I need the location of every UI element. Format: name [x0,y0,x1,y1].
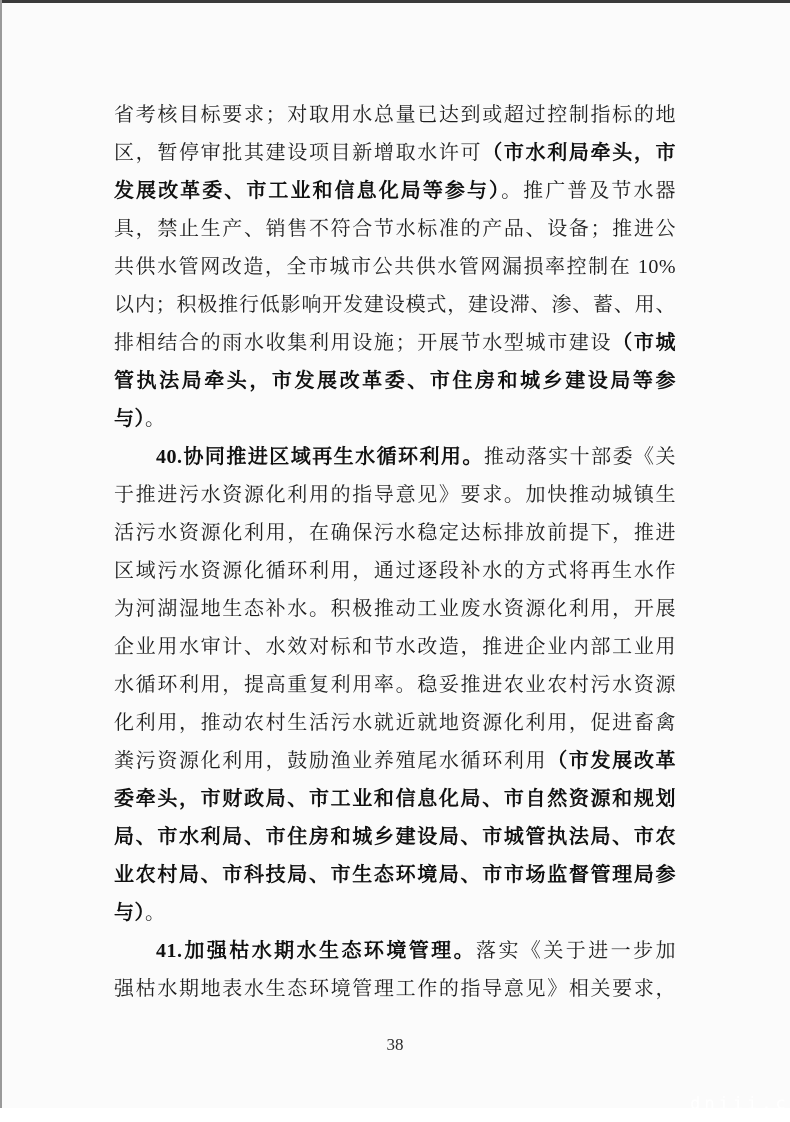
text-line: 化利用，推动农村生活污水就近就地资源化利用，促进畜禽 [114,704,676,742]
bold-text-run: （市发展改革 [547,750,676,772]
text-line: 排相结合的雨水收集利用设施；开展节水型城市建设（市城 [114,324,676,362]
text-line: 局、市水利局、市住房和城乡建设局、市城管执法局、市农 [114,818,676,856]
text-line: 区域污水资源化循环利用，通过逐段补水的方式将再生水作 [114,552,676,590]
bold-text-run: 委牵头，市财政局、市工业和信息化局、市自然资源和规划 [114,788,676,810]
text-run: 省考核目标要求；对取用水总量已达到或超过控制指标的地 [114,104,676,126]
text-run: 。推广普及节水器 [501,180,676,202]
text-line: 区，暂停审批其建设项目新增取水许可（市水利局牵头，市 [114,134,676,172]
text-line: 企业用水审计、水效对标和节水改造，推进企业内部工业用 [114,628,676,666]
text-line: 40.协同推进区域再生水循环利用。推动落实十部委《关 [114,438,676,476]
text-run: 推动落实十部委《关 [484,446,676,468]
text-run: 以内；积极推行低影响开发建设模式，建设滞、渗、蓄、用、 [114,294,676,316]
text-line: 与）。 [114,400,676,438]
watermark-text: dniii.co [690,1094,790,1114]
text-line: 活污水资源化利用，在确保污水稳定达标排放前提下，推进 [114,514,676,552]
text-run: 共供水管网改造，全市城市公共供水管网漏损率控制在 10% [114,256,676,278]
bold-text-run: 发展改革委、市工业和信息化局等参与） [114,180,501,202]
bold-text-run: 与） [114,902,145,924]
text-run: 水循环利用，提高重复利用率。稳妥推进农业农村污水资源 [114,674,676,696]
text-line: 共供水管网改造，全市城市公共供水管网漏损率控制在 10% [114,248,676,286]
text-line: 业农村局、市科技局、市生态环境局、市市场监督管理局参 [114,856,676,894]
text-line: 41.加强枯水期水生态环境管理。落实《关于进一步加 [114,932,676,970]
page-number: 38 [0,1035,790,1055]
text-line: 于推进污水资源化利用的指导意见》要求。加快推动城镇生 [114,476,676,514]
text-line: 省考核目标要求；对取用水总量已达到或超过控制指标的地 [114,96,676,134]
text-line: 具，禁止生产、销售不符合节水标准的产品、设备；推进公 [114,210,676,248]
text-line: 以内；积极推行低影响开发建设模式，建设滞、渗、蓄、用、 [114,286,676,324]
text-line: 委牵头，市财政局、市工业和信息化局、市自然资源和规划 [114,780,676,818]
text-line: 粪污资源化利用，鼓励渔业养殖尾水循环利用（市发展改革 [114,742,676,780]
text-run: 企业用水审计、水效对标和节水改造，推进企业内部工业用 [114,636,676,658]
bold-text-run: （市城 [612,332,676,354]
bold-text-run: （市水利局牵头，市 [482,142,676,164]
text-line: 强枯水期地表水生态环境管理工作的指导意见》相关要求， [114,970,676,1008]
document-page: 省考核目标要求；对取用水总量已达到或超过控制指标的地区，暂停审批其建设项目新增取… [0,0,790,1122]
text-line: 发展改革委、市工业和信息化局等参与）。推广普及节水器 [114,172,676,210]
text-line: 水循环利用，提高重复利用率。稳妥推进农业农村污水资源 [114,666,676,704]
text-run: 强枯水期地表水生态环境管理工作的指导意见》相关要求， [114,978,676,1000]
bold-text-run: 与） [114,408,145,430]
text-run: 落实《关于进一步加 [476,940,676,962]
bold-text-run: 局、市水利局、市住房和城乡建设局、市城管执法局、市农 [114,826,676,848]
bold-text-run: 40.协同推进区域再生水循环利用。 [156,446,484,468]
text-line: 管执法局牵头，市发展改革委、市住房和城乡建设局等参 [114,362,676,400]
text-line: 为河湖湿地生态补水。积极推动工业废水资源化利用，开展 [114,590,676,628]
bold-text-run: 业农村局、市科技局、市生态环境局、市市场监督管理局参 [114,864,676,886]
text-run: 具，禁止生产、销售不符合节水标准的产品、设备；推进公 [114,218,676,240]
bold-text-run: 管执法局牵头，市发展改革委、市住房和城乡建设局等参 [114,370,676,392]
text-run: 为河湖湿地生态补水。积极推动工业废水资源化利用，开展 [114,598,676,620]
text-run: 区，暂停审批其建设项目新增取水许可 [114,142,482,164]
text-run: 于推进污水资源化利用的指导意见》要求。加快推动城镇生 [114,484,676,506]
document-text-block: 省考核目标要求；对取用水总量已达到或超过控制指标的地区，暂停审批其建设项目新增取… [114,96,676,1008]
text-run: 。 [145,902,166,924]
text-line: 与）。 [114,894,676,932]
text-run: 。 [145,408,166,430]
scan-top-edge [0,0,790,3]
text-run: 化利用，推动农村生活污水就近就地资源化利用，促进畜禽 [114,712,676,734]
text-run: 区域污水资源化循环利用，通过逐段补水的方式将再生水作 [114,560,676,582]
bold-text-run: 41.加强枯水期水生态环境管理。 [156,940,476,962]
text-run: 活污水资源化利用，在确保污水稳定达标排放前提下，推进 [114,522,676,544]
scan-bottom-strip [0,1108,790,1122]
scan-left-edge [0,0,2,1122]
text-run: 粪污资源化利用，鼓励渔业养殖尾水循环利用 [114,750,547,772]
text-run: 排相结合的雨水收集利用设施；开展节水型城市建设 [114,332,612,354]
